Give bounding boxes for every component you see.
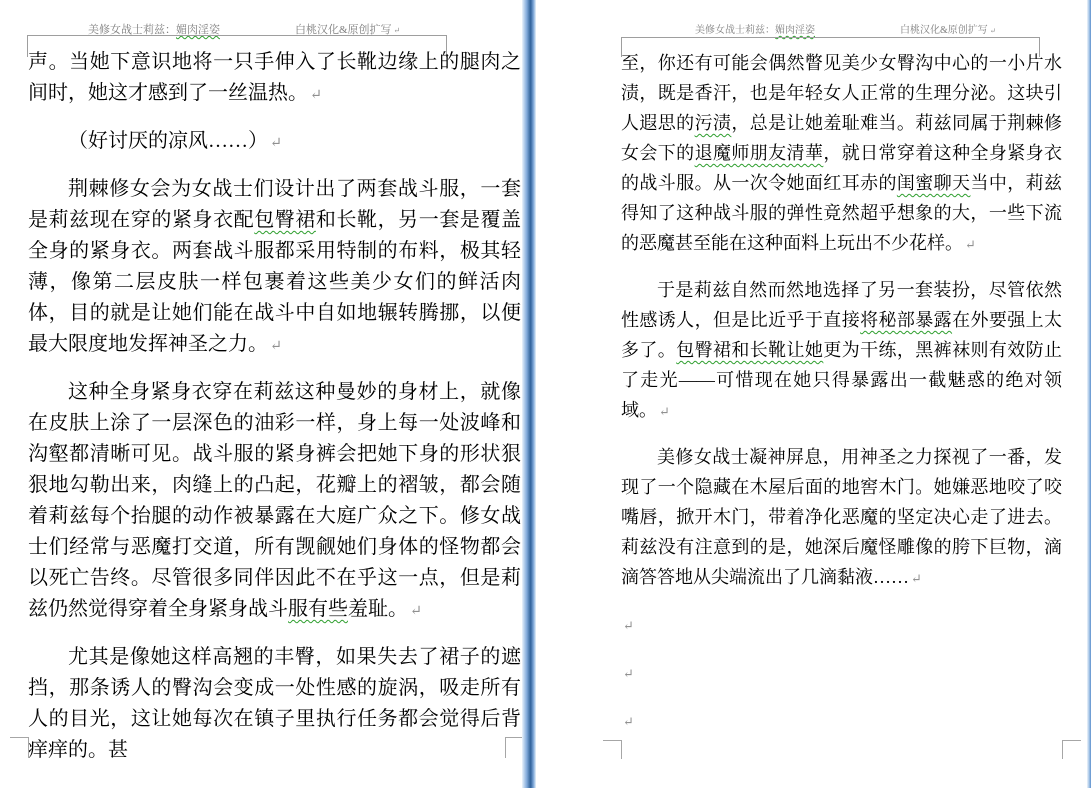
paragraph-mark: ↵ [909, 571, 922, 586]
spellcheck-marked-text: 将秘部暴露 [860, 310, 952, 330]
spellcheck-marked-text: 污渍 [695, 113, 732, 133]
empty-paragraph: ↵ [621, 609, 1062, 641]
paragraph: 美修女战士凝神屏息，用神圣之力探视了一番，发现了一个隐藏在木屋后面的地窖木门。她… [621, 442, 1062, 594]
page-body-text: 至，你还有可能会偶然瞥见美少女臀沟中心的一小片水渍，既是香汗，也是年轻女人正常的… [621, 48, 1062, 753]
text-run: 这种全身紧身衣穿在莉兹这种曼妙的身材上，就像在皮肤上涂了一层深色的油彩一样，身上… [28, 381, 521, 620]
paragraph-mark: ↵ [308, 87, 322, 103]
text-boundary-mark-bottom-right [505, 737, 522, 758]
text-run: 羞耻。 [348, 598, 408, 620]
paragraph-mark: ↵ [963, 237, 976, 252]
paragraph-mark: ↵ [988, 27, 996, 35]
header-credit-text: 白桃汉化&原创扩写↵ [900, 21, 996, 36]
paragraph-mark: ↵ [621, 618, 634, 633]
header-doc-title: 美修女战士莉兹：媚肉淫姿 [695, 25, 815, 36]
paragraph: 这种全身紧身衣穿在莉兹这种曼妙的身材上，就像在皮肤上涂了一层深色的油彩一样，身上… [28, 377, 521, 627]
spellcheck-marked-text: 服有些 [288, 598, 348, 620]
text-boundary-mark-bottom-left [603, 740, 622, 759]
spellcheck-marked-text: 退魔师朋友清華 [695, 143, 824, 163]
paragraph-mark: ↵ [621, 666, 634, 681]
paragraph-mark: ↵ [408, 603, 422, 619]
text-run: （好讨厌的凉风……） [68, 130, 268, 152]
page-view-left: 美修女战士莉兹：媚肉淫姿 白桃汉化&原创扩写↵ 声。当她下意识地将一只手伸入了长… [0, 0, 522, 788]
paragraph: 尤其是像她这样高翘的丰臀，如果失去了裙子的遮挡，那条诱人的臀沟会变成一处性感的旋… [28, 642, 521, 766]
page-header: 美修女战士莉兹：媚肉淫姿 白桃汉化&原创扩写↵ [695, 21, 1075, 36]
paragraph-mark: ↵ [392, 26, 401, 35]
text-run: 声。当她下意识地将一只手伸入了长靴边缘上的腿肉之间时，她这才感到了一丝温热。 [28, 51, 521, 104]
window-split-bar[interactable] [522, 0, 536, 788]
header-title-spellcheck-marked: 媚肉淫姿 [775, 25, 815, 36]
paragraph: 荆棘修女会为女战士们设计出了两套战斗服，一套是莉兹现在穿的紧身衣配包臀裙和长靴，… [28, 174, 521, 362]
empty-paragraph: ↵ [621, 657, 1062, 689]
paragraph-mark: ↵ [268, 135, 282, 151]
spellcheck-marked-text: 包臀裙和长靴让她 [676, 340, 823, 360]
paragraph: 声。当她下意识地将一只手伸入了长靴边缘上的腿肉之间时，她这才感到了一丝温热。↵ [28, 47, 521, 111]
header-title-prefix: 美修女战士莉兹： [695, 25, 775, 36]
window-edge-bar [1087, 0, 1091, 788]
text-run: 尤其是像她这样高翘的丰臀，如果失去了裙子的遮挡，那条诱人的臀沟会变成一处性感的旋… [28, 646, 521, 761]
text-run: 美修女战士凝神屏息，用神圣之力探视了一番，发现了一个隐藏在木屋后面的地窖木门。她… [621, 447, 1062, 587]
empty-paragraph: ↵ [621, 705, 1062, 737]
paragraph-mark: ↵ [268, 338, 282, 354]
header-credit-label: 白桃汉化&原创扩写 [900, 25, 988, 36]
text-boundary-mark-bottom-left [10, 737, 29, 758]
header-rule [621, 37, 1040, 38]
spellcheck-marked-text: 闺蜜聊天 [897, 173, 971, 193]
paragraph: （好讨厌的凉风……）↵ [28, 126, 521, 159]
text-boundary-mark-bottom-right [1062, 740, 1081, 759]
paragraph: 于是莉兹自然而然地选择了另一套装扮，尽管依然性感诱人，但是比近乎于直接将秘部暴露… [621, 275, 1062, 427]
header-rule [27, 35, 447, 36]
paragraph-mark: ↵ [657, 404, 670, 419]
page-view-right: 美修女战士莉兹：媚肉淫姿 白桃汉化&原创扩写↵ 至，你还有可能会偶然瞥见美少女臀… [536, 0, 1087, 788]
paragraph-mark: ↵ [621, 714, 634, 729]
page-body-text: 声。当她下意识地将一只手伸入了长靴边缘上的腿肉之间时，她这才感到了一丝温热。↵（… [28, 47, 521, 781]
paragraph: 至，你还有可能会偶然瞥见美少女臀沟中心的一小片水渍，既是香汗，也是年轻女人正常的… [621, 48, 1062, 260]
spellcheck-marked-text: 包臀裙 [254, 209, 316, 231]
